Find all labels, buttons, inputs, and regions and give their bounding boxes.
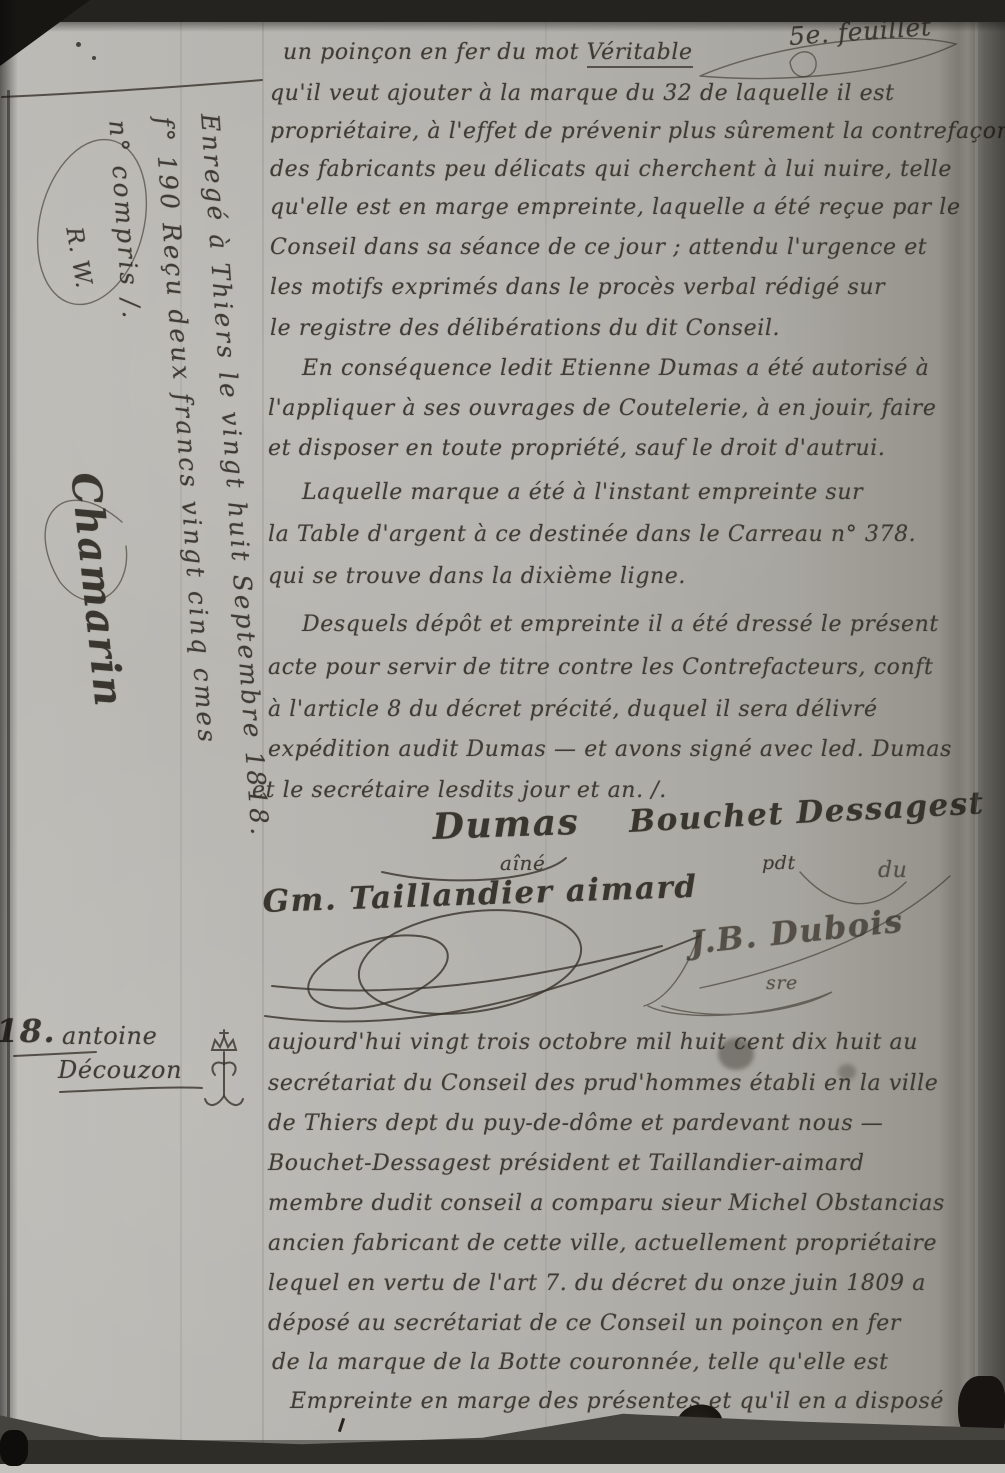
entry-name-line1: antoine: [62, 1022, 157, 1050]
act-line: l'appliquer à ses ouvrages de Coutelerie…: [268, 396, 936, 421]
ink-dot: [92, 56, 96, 60]
act-line: qui se trouve dans la dixième ligne.: [268, 564, 686, 589]
act-line: Bouchet-Dessagest président et Taillandi…: [268, 1151, 865, 1176]
act-line: la Table d'argent à ce destinée dans le …: [268, 522, 916, 547]
act-line: Empreinte en marge des présentes et qu'i…: [290, 1389, 944, 1414]
act-line: Laquelle marque a été à l'instant emprei…: [302, 480, 863, 505]
signature-dumas: Dumas: [432, 801, 580, 848]
act-line: et disposer en toute propriété, sauf le …: [268, 436, 886, 461]
act-line: les motifs exprimés dans le procès verba…: [270, 275, 885, 300]
signature-dumas-qualifier: aîné: [500, 851, 545, 875]
act-line: des fabricants peu délicats qui cherchen…: [270, 157, 952, 182]
page-curl-right: [938, 0, 1005, 1473]
act-line: déposé au secrétariat de ce Conseil un p…: [268, 1311, 901, 1336]
act-line: aujourd'hui vingt trois octobre mil huit…: [268, 1030, 918, 1055]
corner-spot-bottom-left: [0, 1430, 28, 1466]
top-shadow-band: [0, 0, 1005, 22]
signature-bouchet-qualifier: pdt: [762, 852, 796, 874]
note-du: du: [878, 858, 907, 883]
bottom-shadow-dark: [0, 1440, 1005, 1466]
signature-taillandier-prefix: Gm.: [262, 881, 338, 920]
act-line: expédition audit Dumas — et avons signé …: [268, 737, 952, 762]
act-line: En conséquence ledit Etienne Dumas a été…: [302, 356, 929, 381]
bottom-light-strip: [0, 1464, 1005, 1473]
act-line: Desquels dépôt et empreinte il a été dre…: [302, 612, 939, 637]
act-line: Conseil dans sa séance de ce jour ; atte…: [270, 235, 927, 260]
act-line: membre dudit conseil a comparu sieur Mic…: [268, 1191, 945, 1216]
page-curl-highlight: [975, 0, 978, 1473]
signature-dubois-qualifier: sre: [766, 972, 798, 994]
act-line: à l'article 8 du décret précité, duquel …: [268, 697, 878, 722]
ink-dot: [76, 42, 81, 47]
act-line: de Thiers dept du puy-de-dôme et pardeva…: [268, 1111, 883, 1136]
entry-name-line2: Découzon: [58, 1056, 182, 1084]
ink-stain: [838, 1064, 856, 1080]
top-shadow-soft: [0, 22, 1005, 32]
act-line: qu'il veut ajouter à la marque du 32 de …: [270, 81, 895, 106]
act-line: lequel en vertu de l'art 7. du décret du…: [268, 1271, 926, 1296]
act-line: de la marque de la Botte couronnée, tell…: [272, 1350, 889, 1375]
ink-stain: [718, 1038, 754, 1070]
act-line: et le secrétaire lesdits jour et an. /.: [252, 778, 667, 803]
act-line: le registre des délibérations du dit Con…: [270, 316, 780, 341]
act-line: un poinçon en fer du mot Véritable: [283, 40, 693, 65]
act-line: qu'elle est en marge empreinte, laquelle…: [270, 195, 961, 220]
act-line: acte pour servir de titre contre les Con…: [268, 655, 933, 680]
act-line-text: un poinçon en fer du mot: [283, 40, 579, 65]
manuscript-scan: 5e. feuillet un poinçon en fer du mot Vé…: [0, 0, 1005, 1473]
underlined-word: Véritable: [587, 40, 693, 68]
act-line: ancien fabricant de cette ville, actuell…: [268, 1231, 937, 1256]
binding-line-left: [7, 90, 10, 1460]
act-line: propriétaire, à l'effet de prévenir plus…: [270, 119, 1005, 144]
